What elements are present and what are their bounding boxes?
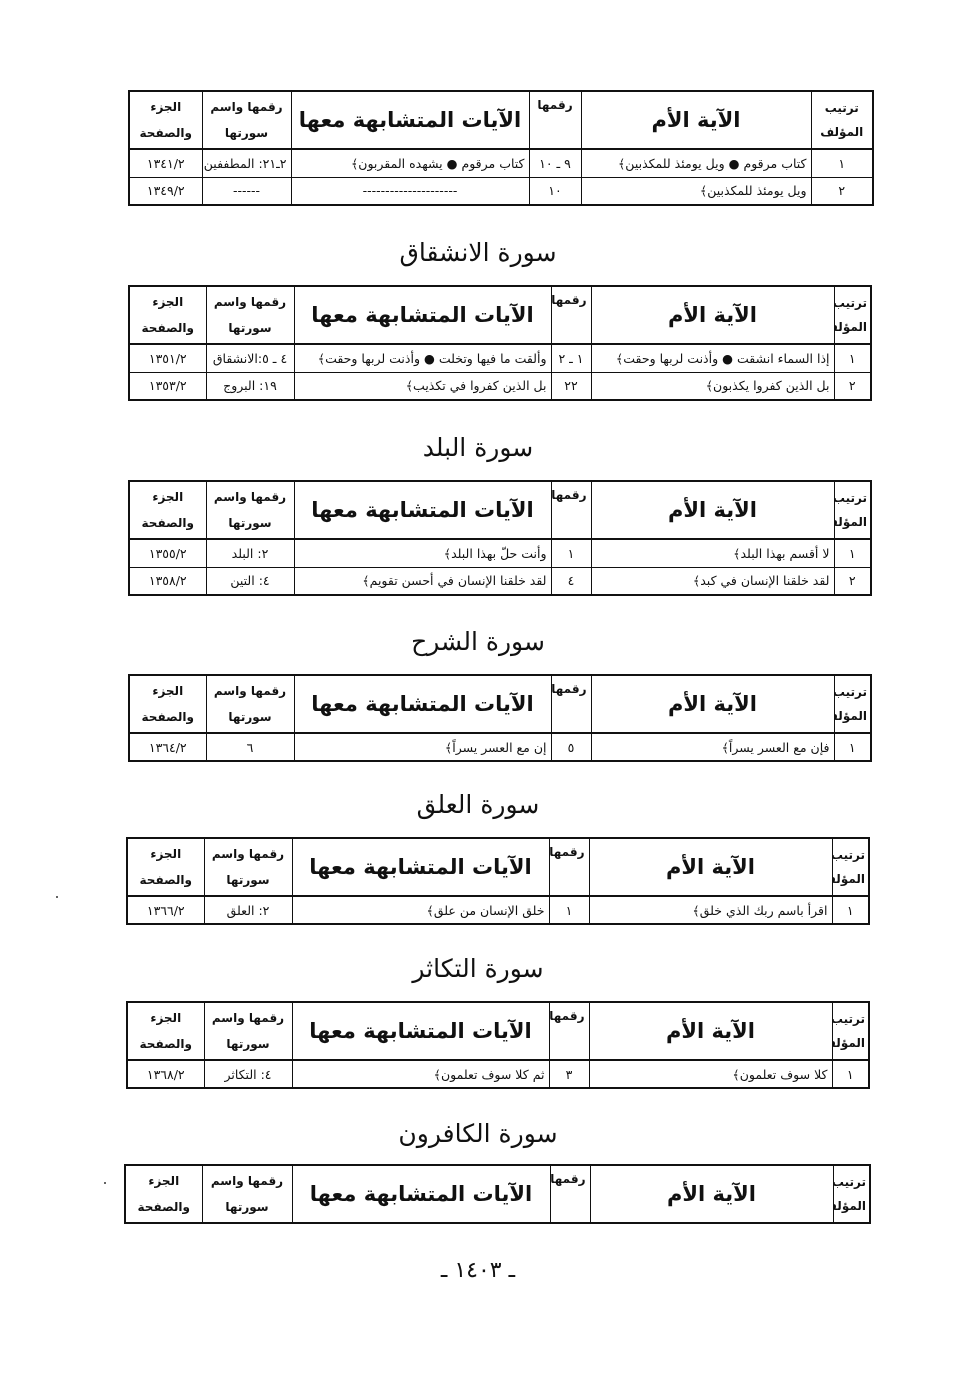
surah-title-kafirun: سورة الكافرون [0,1117,956,1151]
surah-title-takathur: سورة التكاثر [0,952,956,986]
header-similar-verses: الآيات المتشابهة معها [294,675,551,733]
verses-table-takathur: ترتيبالمؤلف الآية الأم رقمها الآيات المت… [126,1001,870,1089]
order-cell: ١ [832,896,869,924]
num-surah-cell: ٢: العلق [204,896,292,924]
table-row: ١ إذا السماء انشقت ● وأذنت لربها وحقت﴾ ١… [129,344,871,372]
number-cell: ١ [551,539,591,567]
table-header-row: ترتيبالمؤلف الآية الأم رقمها الآيات المت… [129,675,871,733]
header-num-surah: رقمها واسمسورتها [204,1002,292,1060]
part-page-cell: ١٣٥١/٢ [129,344,206,372]
header-order: ترتيبالمؤلف [832,1002,869,1060]
table-row: ٢ لقد خلقنا الإنسان في كبد﴾ ٤ لقد خلقنا … [129,567,871,595]
header-order: ترتيبالمؤلف [832,838,869,896]
order-cell: ٢ [811,177,873,205]
part-page-cell: ١٣٤٩/٢ [129,177,202,205]
table-header-row: ترتيبالمؤلف الآية الأم رقمها الآيات المت… [129,91,873,149]
table-row: ١ لا أقسم بهذا البلد﴾ ١ وأنت حلّ بهذا ال… [129,539,871,567]
part-page-cell: ١٣٦٤/٢ [129,733,206,761]
header-part-page: الجزءوالصفحة [129,286,206,344]
header-mother-verse: الآية الأم [591,481,834,539]
order-cell: ١ [832,1060,869,1088]
verses-table-inshiqaq: ترتيبالمؤلف الآية الأم رقمها الآيات المت… [128,285,872,401]
part-page-cell: ١٣٥٨/٢ [129,567,206,595]
header-mother-verse: الآية الأم [591,286,834,344]
number-cell: ٤ [551,567,591,595]
number-cell: ٣ [549,1060,589,1088]
mother-verse-cell: كتاب مرقوم ● ويل يومئذ للمكذبين﴾ [581,149,811,177]
order-cell: ٢ [834,567,871,595]
header-number: رقمها [551,286,591,344]
number-cell: ١ ـ ٢ [551,344,591,372]
surah-title-alaq: سورة العلق [0,788,956,822]
document-page: ترتيبالمؤلف الآية الأم رقمها الآيات المت… [0,0,956,1382]
header-mother-verse: الآية الأم [590,1165,833,1223]
number-cell: ٩ ـ ١٠ [529,149,581,177]
header-order: ترتيبالمؤلف [834,286,871,344]
number-cell: ٢٢ [551,372,591,400]
header-num-surah: رقمها واسمسورتها [206,675,294,733]
order-cell: ١ [834,733,871,761]
similar-verse-cell: خلق الإنسان من علق﴾ [292,896,549,924]
header-number: رقمها [550,1165,590,1223]
verses-table-sharh: ترتيبالمؤلف الآية الأم رقمها الآيات المت… [128,674,872,762]
similar-verse-cell: إن مع العسر يسراً﴾ [294,733,551,761]
similar-verse-cell: ثم كلا سوف تعلمون﴾ [292,1060,549,1088]
header-part-page: الجزءوالصفحة [125,1165,202,1223]
scan-speck [56,896,58,898]
table-row: ١ كتاب مرقوم ● ويل يومئذ للمكذبين﴾ ٩ ـ ١… [129,149,873,177]
similar-verse-cell: --------------------- [291,177,529,205]
scan-speck [104,1182,106,1184]
mother-verse-cell: لقد خلقنا الإنسان في كبد﴾ [591,567,834,595]
header-order: ترتيبالمؤلف [834,481,871,539]
header-part-page: الجزءوالصفحة [127,838,204,896]
surah-title-inshiqaq: سورة الانشقاق [0,236,956,270]
verses-table-kafirun: ترتيبالمؤلف الآية الأم رقمها الآيات المت… [124,1164,871,1224]
table-header-row: ترتيبالمؤلف الآية الأم رقمها الآيات المت… [125,1165,870,1223]
order-cell: ٢ [834,372,871,400]
header-number: رقمها [551,675,591,733]
surah-title-balad: سورة البلد [0,431,956,465]
part-page-cell: ١٣٦٦/٢ [127,896,204,924]
header-mother-verse: الآية الأم [591,675,834,733]
part-page-cell: ١٣٥٣/٢ [129,372,206,400]
order-cell: ١ [834,539,871,567]
header-num-surah: رقمها واسمسورتها [202,1165,292,1223]
mother-verse-cell: كلا سوف تعلمون﴾ [589,1060,832,1088]
header-number: رقمها [549,838,589,896]
header-mother-verse: الآية الأم [589,838,832,896]
header-similar-verses: الآيات المتشابهة معها [291,91,529,149]
header-num-surah: رقمها واسمسورتها [206,481,294,539]
header-part-page: الجزءوالصفحة [129,91,202,149]
order-cell: ١ [834,344,871,372]
similar-verse-cell: كتاب مرقوم ● يشهده المقربون﴾ [291,149,529,177]
num-surah-cell: ٢ـ٢١: المطففين [202,149,291,177]
header-part-page: الجزءوالصفحة [129,481,206,539]
num-surah-cell: ٢: البلد [206,539,294,567]
mother-verse-cell: إذا السماء انشقت ● وأذنت لربها وحقت﴾ [591,344,834,372]
verses-table-balad: ترتيبالمؤلف الآية الأم رقمها الآيات المت… [128,480,872,596]
header-order: ترتيبالمؤلف [834,675,871,733]
part-page-cell: ١٣٦٨/٢ [127,1060,204,1088]
table-header-row: ترتيبالمؤلف الآية الأم رقمها الآيات المت… [127,1002,869,1060]
header-similar-verses: الآيات المتشابهة معها [292,1165,550,1223]
header-num-surah: رقمها واسمسورتها [202,91,291,149]
num-surah-cell: ------ [202,177,291,205]
order-cell: ١ [811,149,873,177]
header-num-surah: رقمها واسمسورتها [204,838,292,896]
number-cell: ١٠ [529,177,581,205]
mother-verse-cell: اقرأ باسم ربك الذي خلق﴾ [589,896,832,924]
num-surah-cell: ٤: التين [206,567,294,595]
header-similar-verses: الآيات المتشابهة معها [294,286,551,344]
number-cell: ١ [549,896,589,924]
similar-verse-cell: لقد خلقنا الإنسان في أحسن تقويم﴾ [294,567,551,595]
mother-verse-cell: بل الذين كفروا يكذبون﴾ [591,372,834,400]
table-header-row: ترتيبالمؤلف الآية الأم رقمها الآيات المت… [129,286,871,344]
verses-table-mutaffifin: ترتيبالمؤلف الآية الأم رقمها الآيات المت… [128,90,874,206]
number-cell: ٥ [551,733,591,761]
num-surah-cell: ٦ [206,733,294,761]
part-page-cell: ١٣٥٥/٢ [129,539,206,567]
table-row: ١ اقرأ باسم ربك الذي خلق﴾ ١ خلق الإنسان … [127,896,869,924]
similar-verse-cell: بل الذين كفروا في تكذيب﴾ [294,372,551,400]
table-header-row: ترتيبالمؤلف الآية الأم رقمها الآيات المت… [129,481,871,539]
num-surah-cell: ٤: التكاثر [204,1060,292,1088]
verses-table-alaq: ترتيبالمؤلف الآية الأم رقمها الآيات المت… [126,837,870,925]
table-row: ٢ ويل يومئذ للمكذبين﴾ ١٠ ---------------… [129,177,873,205]
table-row: ٢ بل الذين كفروا يكذبون﴾ ٢٢ بل الذين كفر… [129,372,871,400]
header-mother-verse: الآية الأم [581,91,811,149]
num-surah-cell: ١٩: البروج [206,372,294,400]
page-number: ـ ١٤٠٣ ـ [0,1258,956,1283]
table-header-row: ترتيبالمؤلف الآية الأم رقمها الآيات المت… [127,838,869,896]
header-number: رقمها [549,1002,589,1060]
header-similar-verses: الآيات المتشابهة معها [292,1002,549,1060]
table-row: ١ كلا سوف تعلمون﴾ ٣ ثم كلا سوف تعلمون﴾ ٤… [127,1060,869,1088]
header-order: ترتيبالمؤلف [833,1165,870,1223]
header-number: رقمها [529,91,581,149]
header-order: ترتيبالمؤلف [811,91,873,149]
similar-verse-cell: وأنت حلّ بهذا البلد﴾ [294,539,551,567]
mother-verse-cell: فإن مع العسر يسراً﴾ [591,733,834,761]
part-page-cell: ١٣٤١/٢ [129,149,202,177]
mother-verse-cell: لا أقسم بهذا البلد﴾ [591,539,834,567]
header-mother-verse: الآية الأم [589,1002,832,1060]
header-similar-verses: الآيات المتشابهة معها [294,481,551,539]
num-surah-cell: ٤ ـ ٥:الانشقاق [206,344,294,372]
header-part-page: الجزءوالصفحة [129,675,206,733]
table-row: ١ فإن مع العسر يسراً﴾ ٥ إن مع العسر يسرا… [129,733,871,761]
header-similar-verses: الآيات المتشابهة معها [292,838,549,896]
header-part-page: الجزءوالصفحة [127,1002,204,1060]
mother-verse-cell: ويل يومئذ للمكذبين﴾ [581,177,811,205]
similar-verse-cell: وألقت ما فيها وتخلت ● وأذنت لربها وحقت﴾ [294,344,551,372]
header-number: رقمها [551,481,591,539]
surah-title-sharh: سورة الشرح [0,625,956,659]
header-num-surah: رقمها واسمسورتها [206,286,294,344]
